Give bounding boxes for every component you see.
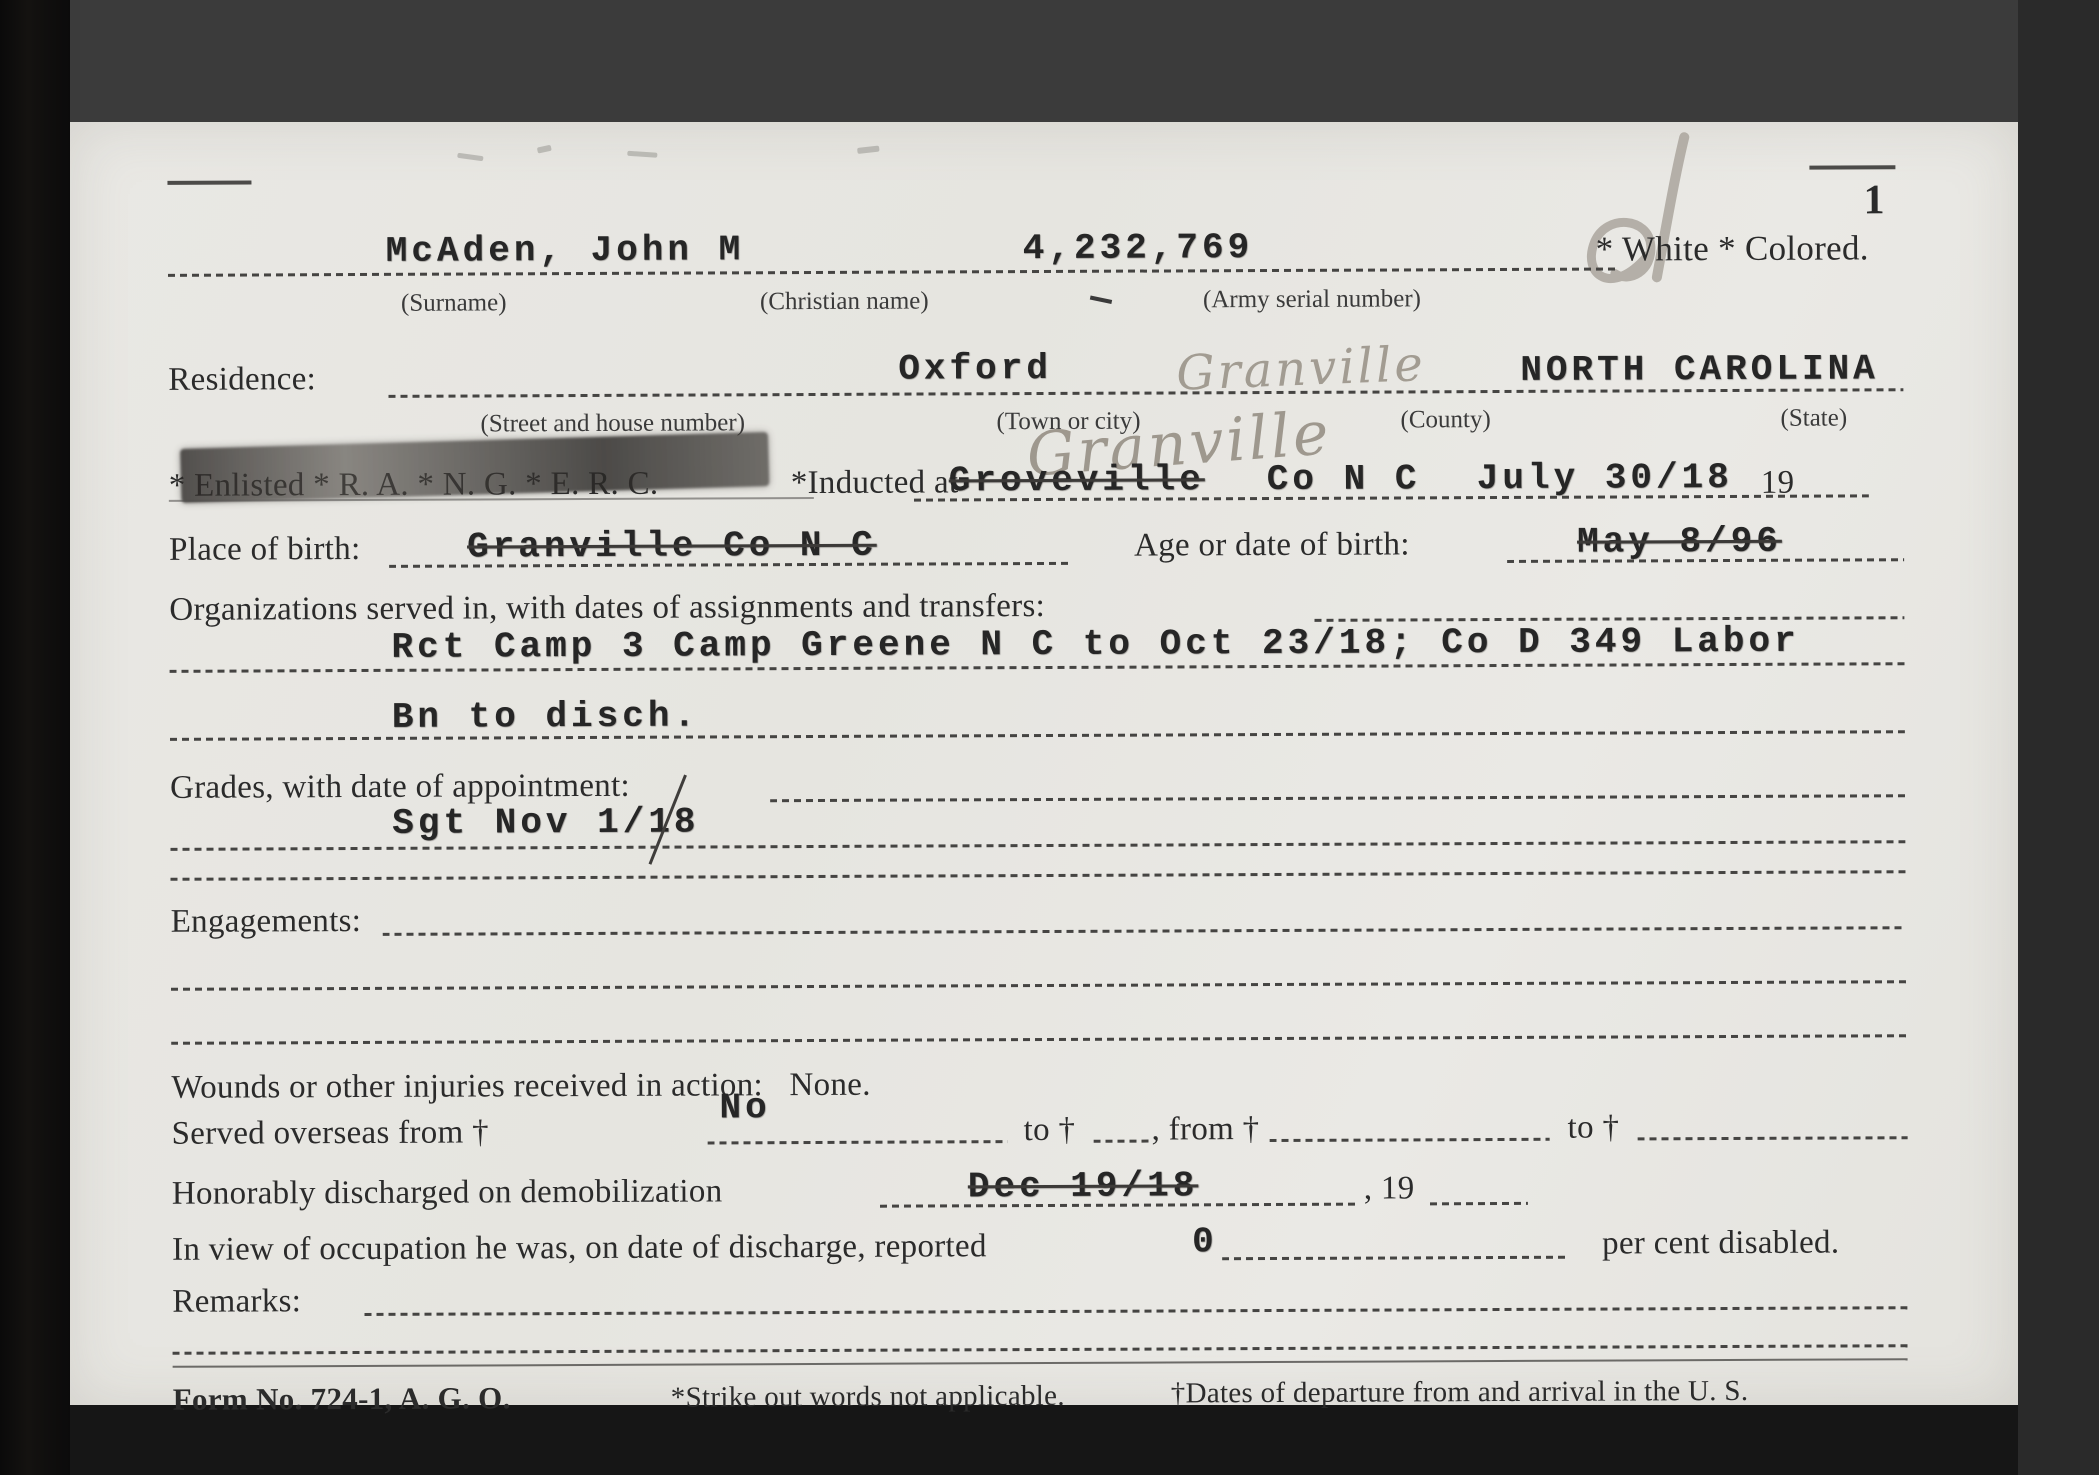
blank-rule-2: [171, 980, 1906, 991]
residence-line: [388, 388, 1903, 398]
faint-pencil-mark: [537, 145, 552, 154]
remarks-line: [364, 1306, 1907, 1316]
serial-value: 4,232,769: [1023, 227, 1254, 269]
residence-state-value: NORTH CAROLINA: [1520, 348, 1879, 391]
organizations-line2-value: Bn to disch.: [392, 696, 699, 738]
engagements-line: [383, 926, 1906, 936]
race-options: * White * Colored.: [1596, 228, 1869, 269]
engagements-label: Engagements:: [171, 903, 362, 941]
disability-label: In view of occupation he was, on date of…: [172, 1228, 987, 1269]
footnote-strike: *Strike out words not applicable.: [671, 1380, 1065, 1415]
overseas-line-1: [708, 1140, 1008, 1144]
inducted-co-value: Co N C: [1267, 458, 1421, 500]
birth-place-value: Granville Co N C: [467, 525, 877, 568]
discharge-label: Honorably discharged on demobilization: [172, 1173, 723, 1212]
inducted-place-value: Groveville: [949, 459, 1205, 501]
page-number: 1: [1863, 176, 1884, 224]
overseas-line-2: [1094, 1140, 1150, 1143]
blackout-smudge: [180, 432, 769, 503]
wounds-value: None.: [771, 1067, 870, 1103]
blank-rule-4: [173, 1344, 1908, 1355]
inducted-date-value: July 30/18: [1477, 457, 1733, 499]
wounds-label: Wounds or other injuries received in act…: [171, 1067, 763, 1106]
residence-label: Residence:: [168, 361, 316, 399]
footnote-dates: †Dates of departure from and arrival in …: [1171, 1375, 1749, 1411]
overseas-value: No: [719, 1087, 770, 1128]
overseas-line-3: [1270, 1138, 1550, 1142]
serial-label: (Army serial number): [1203, 285, 1421, 314]
discharge-value: Dec 19/18: [968, 1165, 1199, 1207]
printed-year-19: 19: [1761, 465, 1795, 502]
name-value: McAden, John M: [386, 229, 745, 272]
overseas-line-4: [1638, 1136, 1908, 1140]
residence-town-value: Oxford: [898, 348, 1052, 390]
scan-border-right: [2018, 0, 2099, 1475]
scan-border-top: [70, 0, 2099, 124]
blank-rule-3: [171, 1034, 1906, 1045]
birth-age-label: Age or date of birth:: [1134, 526, 1410, 564]
grades-value: Sgt Nov 1/18: [392, 802, 699, 844]
discharge-year-line: [1430, 1202, 1528, 1205]
organizations-label: Organizations served in, with dates of a…: [169, 588, 1045, 629]
grades-line: [770, 794, 1905, 802]
organizations-line1-value: Rct Camp 3 Camp Greene N C to Oct 23/18;…: [391, 621, 1799, 668]
county-label: (County): [1400, 406, 1490, 434]
birth-age-value: May 8/96: [1577, 521, 1782, 563]
blank-rule-1: [170, 870, 1905, 881]
disability-line: [1222, 1256, 1567, 1261]
faint-pencil-mark: [457, 153, 483, 161]
state-label: (State): [1780, 404, 1847, 432]
disability-suffix: per cent disabled.: [1602, 1225, 1839, 1263]
pencil-scribble-icon: [1572, 125, 1733, 306]
disability-value: 0: [1192, 1221, 1218, 1262]
footer-rule: [173, 1358, 1908, 1368]
inducted-at-label: *Inducted at: [791, 464, 959, 502]
surname-label: (Surname): [401, 289, 507, 317]
stray-mark: [1090, 296, 1112, 304]
overseas-label: Served overseas from †: [172, 1114, 489, 1152]
discharge-year-label: , 19: [1364, 1170, 1415, 1207]
birth-place-label: Place of birth:: [169, 531, 361, 569]
overseas-to1-label: to †: [1024, 1112, 1076, 1149]
top-left-tick: [167, 180, 251, 184]
scan-border-left: [0, 0, 70, 1475]
faint-pencil-mark: [627, 151, 657, 158]
scanned-service-record: 1 McAden, John M 4,232,769 * White * Col…: [0, 0, 2099, 1475]
overseas-from2-label: , from †: [1152, 1111, 1260, 1148]
form-number: Form No. 724-1, A. G. O.: [173, 1380, 511, 1417]
grades-label: Grades, with date of appointment:: [170, 768, 630, 807]
christian-name-label: (Christian name): [760, 287, 929, 316]
faint-pencil-mark: [857, 146, 880, 154]
remarks-label: Remarks:: [172, 1283, 301, 1321]
overseas-to2-label: to †: [1568, 1109, 1620, 1146]
top-right-tick: [1809, 165, 1895, 169]
record-card: 1 McAden, John M 4,232,769 * White * Col…: [70, 122, 2018, 1405]
